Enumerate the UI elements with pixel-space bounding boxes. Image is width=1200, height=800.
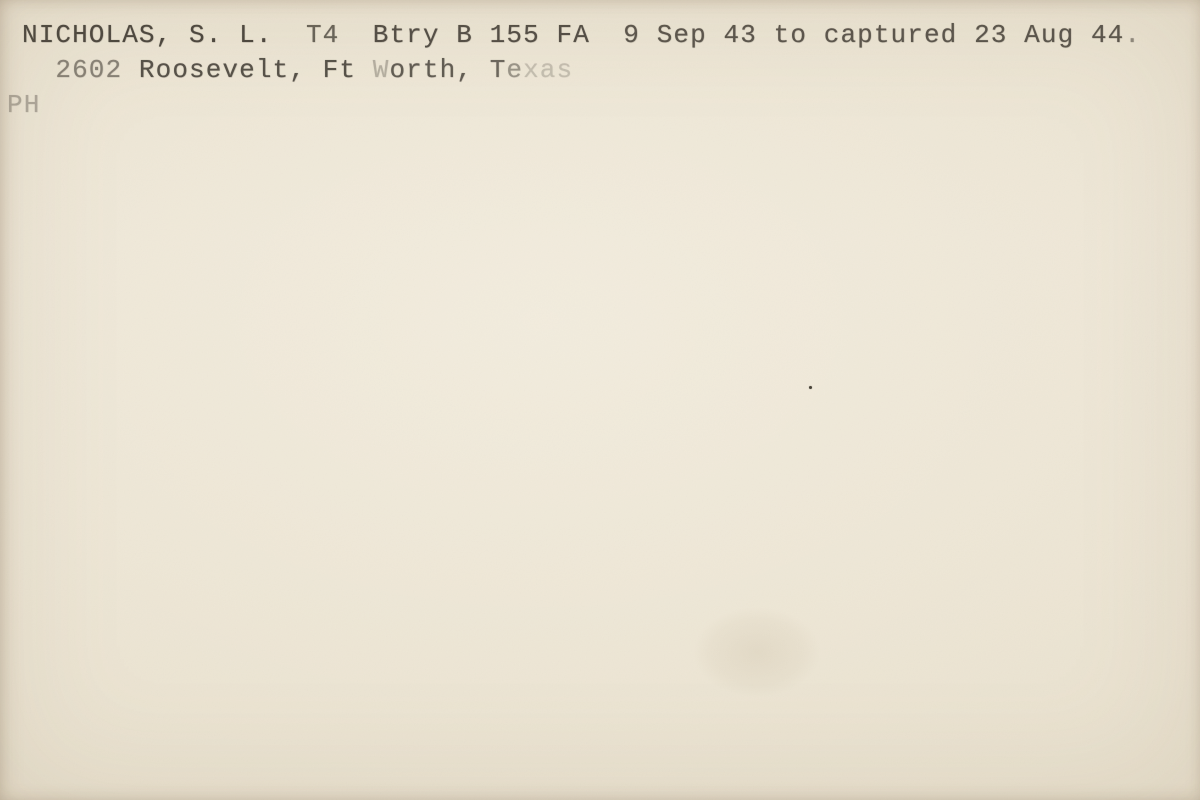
- typed-text-segment: T: [490, 55, 507, 85]
- ink-speck: [809, 386, 812, 389]
- typed-text-segment: 9 Sep 43 to captured 23 Aug 44: [590, 20, 1124, 50]
- typed-text-segment: orth,: [389, 55, 489, 85]
- index-card-scan: NICHOLAS, S. L. T4 Btry B 155 FA 9 Sep 4…: [0, 0, 1200, 800]
- typed-text-segment: Btry B 155 FA: [339, 20, 590, 50]
- typed-text-segment: 2602: [22, 55, 139, 85]
- stain-smudge: [672, 592, 842, 712]
- typed-text-segment: PH: [7, 90, 40, 120]
- typed-text-segment: NICHOLAS, S. L.: [22, 20, 273, 50]
- typed-text-segment: T4: [273, 20, 340, 50]
- typed-text-segment: .: [1124, 20, 1141, 50]
- typed-line: 2602 Roosevelt, Ft Worth, Texas: [22, 53, 1141, 88]
- typed-text-segment: Roosevelt, Ft: [139, 55, 373, 85]
- typed-text-segment: xas: [523, 55, 573, 85]
- typed-text-segment: W: [373, 55, 390, 85]
- typed-text-segment: e: [506, 55, 523, 85]
- typed-line: PH: [7, 88, 1141, 123]
- typed-line: NICHOLAS, S. L. T4 Btry B 155 FA 9 Sep 4…: [22, 18, 1141, 53]
- typed-lines: NICHOLAS, S. L. T4 Btry B 155 FA 9 Sep 4…: [22, 18, 1141, 123]
